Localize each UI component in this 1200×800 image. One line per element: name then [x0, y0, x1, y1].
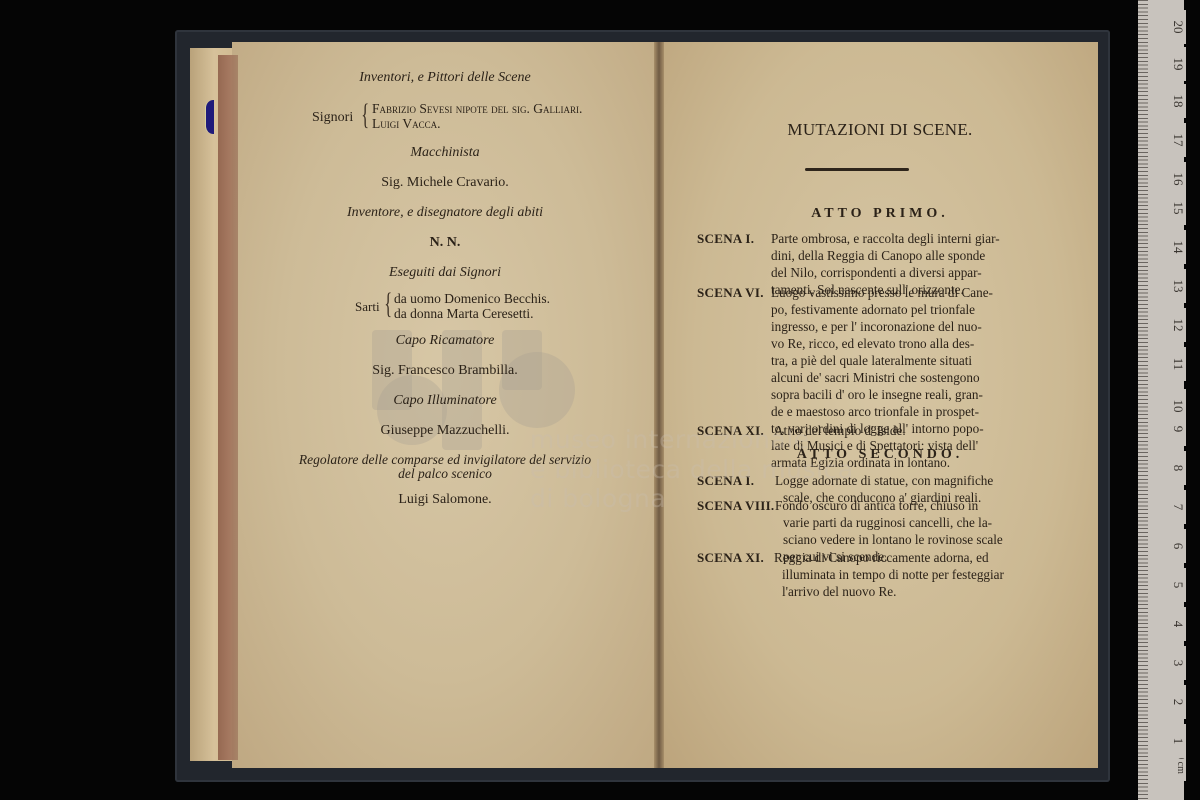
brace-icon: {	[384, 289, 392, 319]
ruler-label: 3	[1168, 646, 1186, 680]
bookmark-tab	[205, 100, 214, 134]
brace-icon: {	[361, 100, 369, 130]
scenery-names: Fabrizio Sevesi nipote del sig. Galliari…	[372, 101, 582, 131]
scene-line: Fondo oscuro di antica torre, chiuso in	[775, 497, 1003, 514]
ruler-label: 5	[1168, 568, 1186, 602]
ruler-label: 14	[1168, 230, 1186, 264]
heading-machinist: Macchinista	[232, 145, 658, 161]
page-title: MUTAZIONI DI SCENE.	[662, 120, 1098, 140]
scene-line: del Nilo, corrispondenti a diversi appar…	[771, 264, 1000, 281]
ruler-label: 10	[1168, 389, 1186, 423]
scene-line: tra, a piè del quale lateralmente situat…	[771, 352, 993, 369]
ruler-label: 1	[1168, 724, 1186, 758]
heading-embroiderer: Capo Ricamatore	[232, 333, 658, 349]
scene-label: SCENA XI.	[697, 549, 764, 566]
scene-line: po, festivamente adornato pel trionfale	[771, 301, 993, 318]
tailor: da uomo Domenico Becchis.	[394, 291, 550, 306]
scene-line: vo Re, ricco, ed elevato trono alla des-	[771, 335, 993, 352]
scene-line: de e maestoso arco trionfale in prospet-	[771, 403, 993, 420]
heading-scenery: Inventori, e Pittori delle Scene	[232, 70, 658, 86]
ruler-label: 2	[1168, 685, 1186, 719]
ruler-label: 17	[1168, 123, 1186, 157]
scene-line: varie parti da rugginosi cancelli, che l…	[775, 514, 1003, 531]
tailors-list: da uomo Domenico Becchis. da donna Marta…	[394, 291, 550, 321]
ruler-label: 11	[1168, 347, 1186, 381]
ruler-label: 13	[1168, 269, 1186, 303]
ruler-label: 12	[1168, 308, 1186, 342]
scene-line: illuminata in tempo di notte per festegg…	[774, 566, 1004, 583]
watermark-line: museo internazionale	[530, 425, 810, 454]
watermark-line: e biblioteca della musica	[530, 455, 854, 484]
ruler-label: 16	[1168, 162, 1186, 196]
scene-line: sciano vedere in lontano le rovinose sca…	[775, 531, 1003, 548]
ruler-label: 15	[1168, 191, 1186, 225]
heading-executed: Eseguiti dai Signori	[232, 265, 658, 281]
scene-line: alcuni de' sacri Ministri che sostengono	[771, 369, 993, 386]
ruler-label: 6	[1168, 529, 1186, 563]
ruler-label: 20	[1168, 10, 1186, 44]
heading-costume: Inventore, e disegnatore degli abiti	[232, 205, 658, 221]
scene-line: l'arrivo del nuovo Re.	[774, 583, 1004, 600]
tailor: da donna Marta Ceresetti.	[394, 306, 550, 321]
scene-label: SCENA I.	[697, 230, 754, 247]
scene-line: Reggia di Canopo riccamente adorna, ed	[774, 549, 1004, 566]
embroiderer-name: Sig. Francesco Brambilla.	[232, 363, 658, 379]
heading-lighting: Capo Illuminatore	[232, 393, 658, 409]
watermark-line: di bologna	[530, 484, 666, 513]
ruler-label: 4	[1168, 607, 1186, 641]
ruler-label: 7	[1168, 490, 1186, 524]
scenery-label: Signori	[312, 110, 353, 126]
tailors-label: Sarti	[355, 299, 380, 315]
costume-designer: N. N.	[232, 235, 658, 251]
scene-line: Parte ombrosa, e raccolta degli interni …	[771, 230, 1000, 247]
scene-label: SCENA VIII.	[697, 497, 774, 514]
scenery-name: Luigi Vacca.	[372, 116, 582, 131]
scenery-name: Fabrizio Sevesi nipote del sig. Galliari…	[372, 101, 582, 116]
scene-line: Luogo vastissimo presso le mura di Cane-	[771, 284, 993, 301]
scene-line: ingresso, e per l' incoronazione del nuo…	[771, 318, 993, 335]
machinist-name: Sig. Michele Cravario.	[232, 175, 658, 191]
scene-label: SCENA VI.	[697, 284, 764, 301]
act-title: ATTO PRIMO.	[662, 206, 1098, 222]
ruler-label: 18	[1168, 84, 1186, 118]
ruler-ticks	[1138, 0, 1160, 800]
ruler-label: 8	[1168, 451, 1186, 485]
scene-line: dini, della Reggia di Canopo alle sponde	[771, 247, 1000, 264]
ruler-label: 19	[1168, 47, 1186, 81]
scene-line: sopra bacili d' oro le insegne reali, gr…	[771, 386, 993, 403]
divider-rule	[805, 168, 909, 171]
